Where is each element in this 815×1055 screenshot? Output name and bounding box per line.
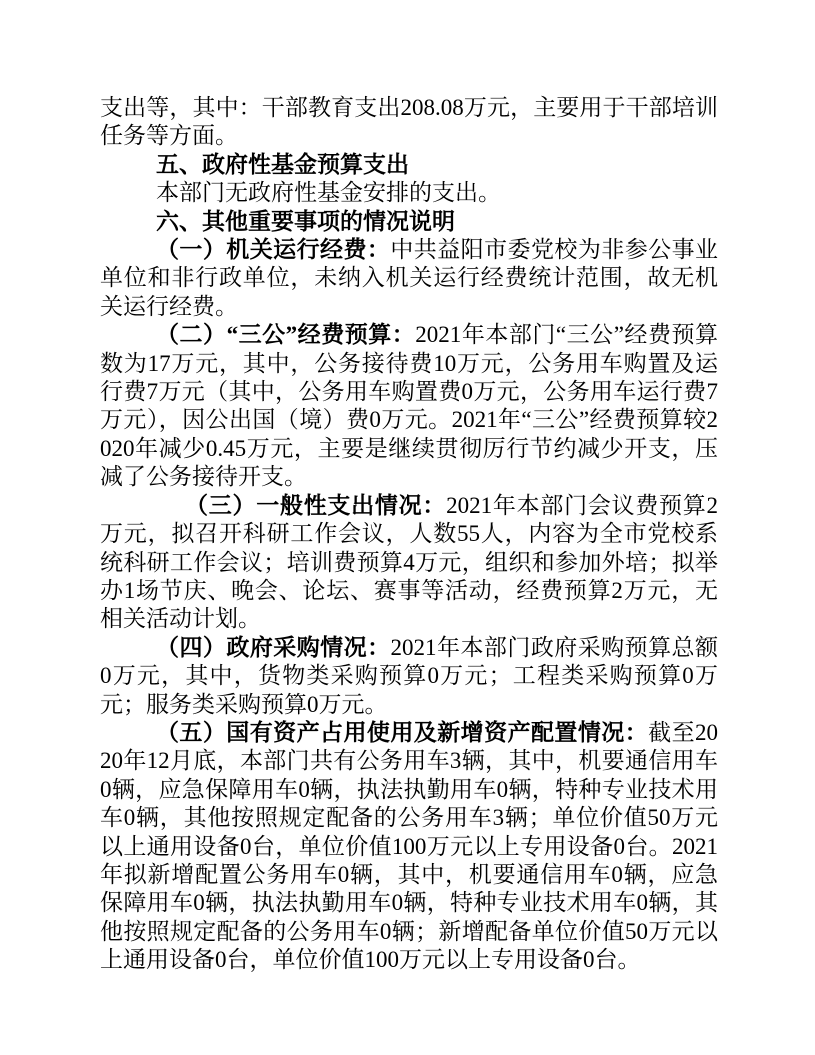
document-body: 支出等，其中：干部教育支出208.08万元，主要用于干部培训任务等方面。 五、政… [100,94,718,975]
body-text: 2021年本部门“三公”经费预算数为17万元，其中，公务接待费10万元，公务用车… [100,322,718,489]
document-page: 支出等，其中：干部教育支出208.08万元，主要用于干部培训任务等方面。 五、政… [0,0,815,1055]
item-lead-text: （四）政府采购情况： [156,635,391,660]
paragraph-item-4: （四）政府采购情况：2021年本部门政府采购预算总额0万元，其中，货物类采购预算… [100,634,718,719]
item-lead-text: （一）机关运行经费： [156,237,390,262]
section-heading-5: 五、政府性基金预算支出 [100,151,718,179]
item-lead-text: （二）“三公”经费预算： [156,322,415,347]
heading-text: 六、其他重要事项的情况说明 [156,209,455,234]
body-text: 截至2020年12月底，本部门共有公务用车3辆，其中，机要通信用车0辆，应急保障… [100,720,718,972]
item-lead-text: （五）国有资产占用使用及新增资产配置情况： [156,720,648,745]
paragraph-item-3: （三）一般性支出情况：2021年本部门会议费预算2万元，拟召开科研工作会议，人数… [100,492,718,634]
paragraph-item-5: （五）国有资产占用使用及新增资产配置情况：截至2020年12月底，本部门共有公务… [100,719,718,975]
paragraph-item-1: （一）机关运行经费：中共益阳市委党校为非参公事业单位和非行政单位，未纳入机关运行… [100,236,718,321]
body-text: 本部门无政府性基金安排的支出。 [156,180,501,205]
item-lead-text: （三）一般性支出情况： [185,493,446,518]
paragraph-continuation: 支出等，其中：干部教育支出208.08万元，主要用于干部培训任务等方面。 [100,94,718,151]
section-heading-6: 六、其他重要事项的情况说明 [100,208,718,236]
heading-text: 五、政府性基金预算支出 [156,152,409,177]
paragraph-item-2: （二）“三公”经费预算：2021年本部门“三公”经费预算数为17万元，其中，公务… [100,321,718,491]
paragraph-gov-fund: 本部门无政府性基金安排的支出。 [100,179,718,207]
body-text: 支出等，其中：干部教育支出208.08万元，主要用于干部培训任务等方面。 [100,95,718,148]
